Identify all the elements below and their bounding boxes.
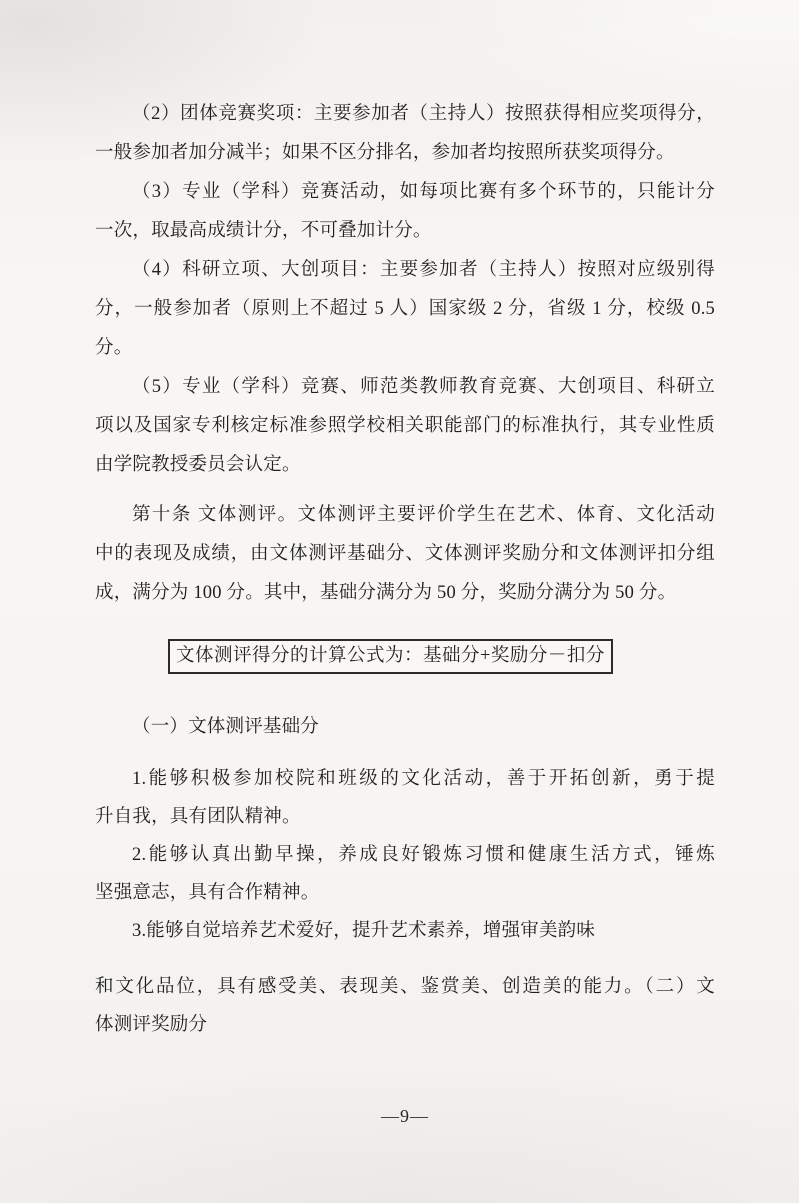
text-line-article-10: 第十条 文体测评。文体测评主要评价学生在艺术、体育、文化活动 — [95, 496, 715, 535]
text-line: 2.能够认真出勤早操，养成良好锻炼习惯和健康生活方式，锤炼 — [95, 836, 715, 874]
text-line: 和文化品位，具有感受美、表现美、鉴赏美、创造美的能力。（二）文 — [95, 968, 715, 1006]
text-line: （5）专业（学科）竞赛、师范类教师教育竞赛、大创项目、科研立 — [95, 368, 715, 407]
scanned-document-page: （2）团体竞赛奖项：主要参加者（主持人）按照获得相应奖项得分， 一般参加者加分减… — [0, 0, 799, 1203]
text-line: 分，一般参加者（原则上不超过 5 人）国家级 2 分，省级 1 分，校级 0.5 — [95, 290, 715, 329]
text-line: 一般参加者加分减半；如果不区分排名，参加者均按照所获奖项得分。 — [95, 134, 715, 173]
formula-text: 文体测评得分的计算公式为：基础分+奖励分－扣分 — [168, 639, 613, 674]
text-line: 由学院教授委员会认定。 — [95, 446, 715, 485]
text-line: （4）科研立项、大创项目：主要参加者（主持人）按照对应级别得 — [95, 251, 715, 290]
text-line: 升自我，具有团队精神。 — [95, 798, 715, 836]
text-line: （3）专业（学科）竞赛活动，如每项比赛有多个环节的，只能计分 — [95, 173, 715, 212]
text-line: 分。 — [95, 329, 715, 368]
text-line: 体测评奖励分 — [95, 1006, 715, 1044]
text-line: 中的表现及成绩，由文体测评基础分、文体测评奖励分和文体测评扣分组 — [95, 535, 715, 574]
formula-box: 文体测评得分的计算公式为：基础分+奖励分－扣分 — [168, 639, 715, 673]
document-body: （2）团体竞赛奖项：主要参加者（主持人）按照获得相应奖项得分， 一般参加者加分减… — [0, 0, 799, 1127]
text-line: 一次，取最高成绩计分，不可叠加计分。 — [95, 212, 715, 251]
text-line: 成，满分为 100 分。其中，基础分满分为 50 分，奖励分满分为 50 分。 — [95, 574, 715, 613]
text-line: （2）团体竞赛奖项：主要参加者（主持人）按照获得相应奖项得分， — [95, 95, 715, 134]
page-number: —9— — [95, 1106, 715, 1127]
text-line: 3.能够自觉培养艺术爱好，提升艺术素养，增强审美韵味 — [95, 912, 715, 950]
text-line: 项以及国家专利核定标准参照学校相关职能部门的标准执行，其专业性质 — [95, 407, 715, 446]
subsection-heading: （一）文体测评基础分 — [95, 708, 715, 746]
text-line: 坚强意志，具有合作精神。 — [95, 874, 715, 912]
text-line: 1.能够积极参加校院和班级的文化活动，善于开拓创新，勇于提 — [95, 760, 715, 798]
